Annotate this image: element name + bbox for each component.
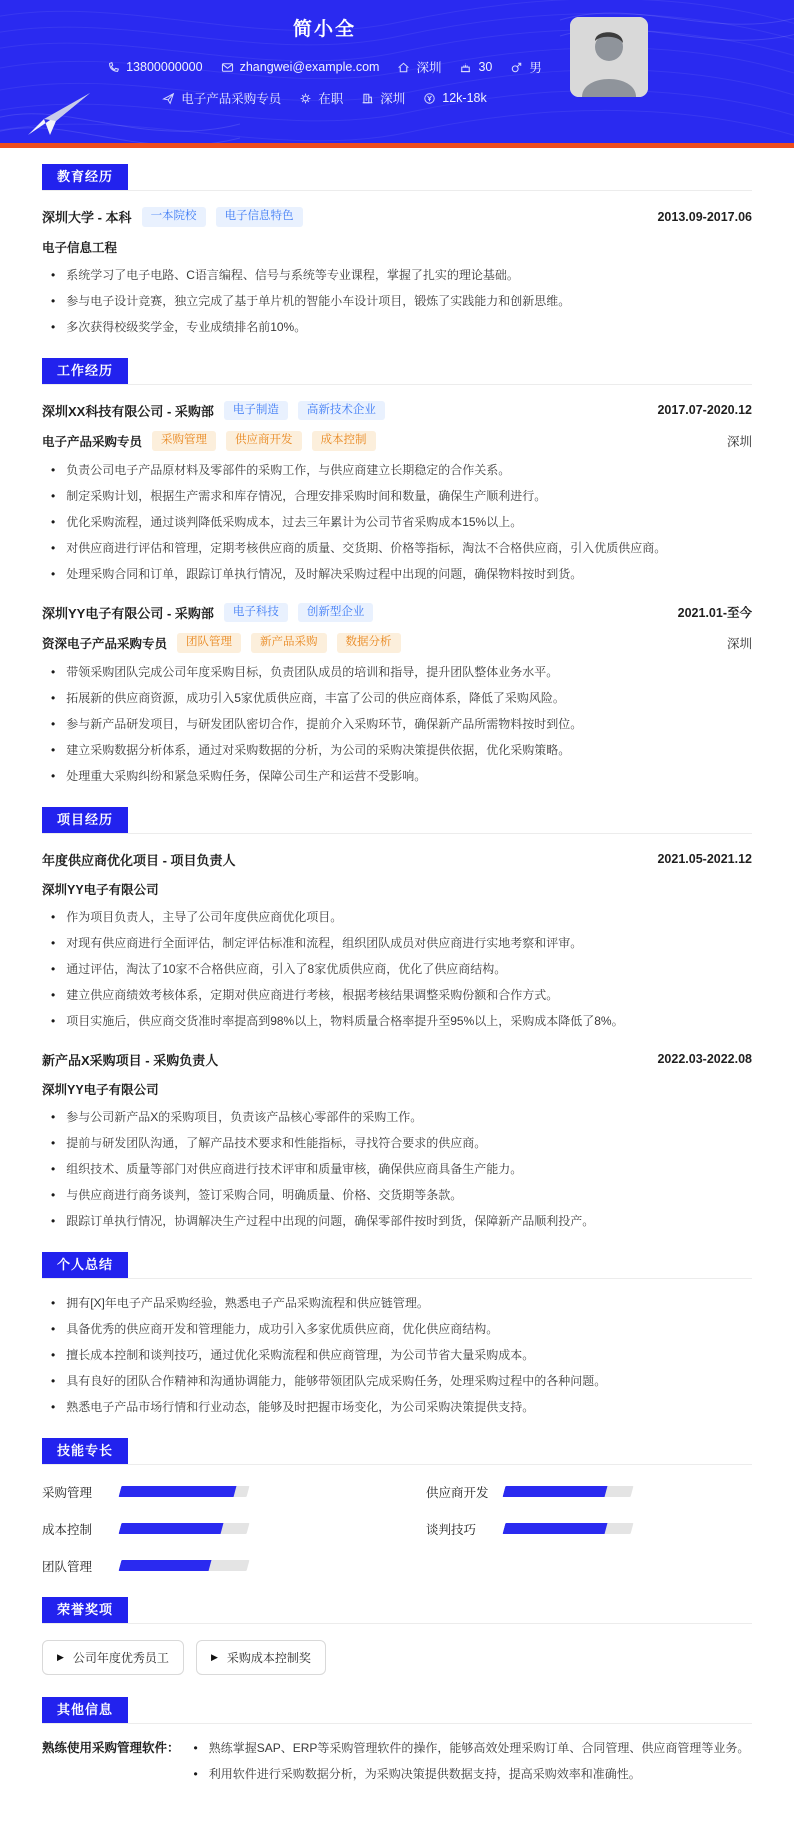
project-header-row: 新产品X采购项目 - 采购负责人 2022.03-2022.08 [42, 1050, 752, 1069]
section-header-projects: 项目经历 [42, 807, 752, 834]
project-name: 年度供应商优化项目 - 项目负责人 [42, 850, 236, 869]
honor-label: 公司年度优秀员工 [73, 1649, 169, 1666]
age-icon [459, 61, 472, 74]
bullet-item: 熟练掌握SAP、ERP等采购管理软件的操作，能够高效处理采购订单、合同管理、供应… [194, 1740, 750, 1757]
section-badge: 工作经历 [42, 358, 128, 384]
company-row: 深圳YY电子有限公司 - 采购部 电子科技 创新型企业 2021.01-至今 [42, 603, 752, 623]
role-row: 资深电子产品采购专员 团队管理 新产品采购 数据分析 深圳 [42, 633, 752, 653]
bullet-item: 项目实施后，供应商交货准时率提高到98%以上，物料质量合格率提升至95%以上，采… [42, 1013, 752, 1030]
job-location: 深圳 [727, 432, 752, 450]
project-date: 2022.03-2022.08 [657, 1052, 752, 1066]
skill-item: 供应商开发 [426, 1483, 752, 1501]
skill-item: 采购管理 [42, 1483, 368, 1501]
bullet-text: 带领采购团队完成公司年度采购目标，负责团队成员的培训和指导，提升团队整体业务水平… [66, 664, 558, 681]
bullet-text: 多次获得校级奖学金，专业成绩排名前10%。 [66, 319, 306, 336]
job-title-item: 电子产品采购专员 [162, 89, 281, 107]
resume-body: 教育经历 深圳大学 - 本科 一本院校 电子信息特色 2013.09-2017.… [0, 148, 794, 1840]
honor-chip: ▶ 公司年度优秀员工 [42, 1640, 184, 1675]
education-date: 2013.09-2017.06 [657, 210, 752, 224]
skill-bar-track [503, 1486, 634, 1497]
role-row: 电子产品采购专员 采购管理 供应商开发 成本控制 深圳 [42, 431, 752, 451]
bullet-item: 利用软件进行采购数据分析，为采购决策提供数据支持，提高采购效率和准确性。 [194, 1766, 750, 1783]
skill-label: 供应商开发 [426, 1483, 490, 1501]
bullet-text: 对供应商进行评估和管理，定期考核供应商的质量、交货期、价格等指标，淘汰不合格供应… [66, 540, 666, 557]
contact-row-2: 电子产品采购专员 在职 深圳 12k-18k [40, 89, 609, 107]
status-icon [299, 92, 312, 105]
salary-item: 12k-18k [423, 91, 486, 105]
bullet-text: 处理采购合同和订单，跟踪订单执行情况，及时解决采购过程中出现的问题，确保物料按时… [66, 566, 582, 583]
role-name: 资深电子产品采购专员 [42, 634, 167, 652]
company-name: 深圳YY电子有限公司 - 采购部 [42, 603, 214, 622]
city-value: 深圳 [380, 89, 405, 107]
bullet-item: 提前与研发团队沟通，了解产品技术要求和性能指标，寻找符合要求的供应商。 [42, 1135, 752, 1152]
phone-value: 13800000000 [126, 60, 202, 74]
bullet-text: 负责公司电子产品原材料及零部件的采购工作，与供应商建立长期稳定的合作关系。 [66, 462, 510, 479]
bullet-text: 建立采购数据分析体系，通过对采购数据的分析，为公司的采购决策提供依据，优化采购策… [66, 742, 570, 759]
salary-icon [423, 92, 436, 105]
skill-item: 谈判技巧 [426, 1520, 752, 1538]
phone-item: 13800000000 [107, 60, 202, 74]
phone-icon [107, 61, 120, 74]
bullet-text: 跟踪订单执行情况，协调解决生产过程中出现的问题，确保零部件按时到货，保障新产品顺… [66, 1213, 594, 1230]
bullet-item: 熟悉电子产品市场行情和行业动态，能够及时把握市场变化，为公司采购决策提供支持。 [42, 1399, 752, 1416]
bullet-item: 建立采购数据分析体系，通过对采购数据的分析，为公司的采购决策提供依据，优化采购策… [42, 742, 752, 759]
section-summary: 个人总结 拥有[X]年电子产品采购经验，熟悉电子产品采购流程和供应链管理。 具备… [42, 1252, 752, 1416]
section-badge: 教育经历 [42, 164, 128, 190]
section-title: 荣誉奖项 [57, 1602, 113, 1617]
skill-bar-fill [119, 1560, 212, 1571]
bullet-text: 利用软件进行采购数据分析，为采购决策提供数据支持，提高采购效率和准确性。 [209, 1766, 641, 1783]
company-tag: 高新技术企业 [298, 401, 385, 421]
role-tag: 成本控制 [312, 431, 376, 451]
job-date: 2017.07-2020.12 [657, 403, 752, 417]
bullet-item: 拓展新的供应商资源，成功引入5家优质供应商，丰富了公司的供应商体系，降低了采购风… [42, 690, 752, 707]
bullet-item: 处理重大采购纠纷和紧急采购任务，保障公司生产和运营不受影响。 [42, 768, 752, 785]
role-tag: 数据分析 [337, 633, 401, 653]
section-education: 教育经历 深圳大学 - 本科 一本院校 电子信息特色 2013.09-2017.… [42, 164, 752, 336]
job-date: 2021.01-至今 [678, 603, 752, 621]
other-bullets: 熟练掌握SAP、ERP等采购管理软件的操作，能够高效处理采购订单、合同管理、供应… [194, 1740, 750, 1792]
bullet-item: 多次获得校级奖学金，专业成绩排名前10%。 [42, 319, 752, 336]
job-bullets: 带领采购团队完成公司年度采购目标，负责团队成员的培训和指导，提升团队整体业务水平… [42, 664, 752, 785]
resume-page: 简小全 13800000000 zhangwei@example.com 深圳 … [0, 0, 794, 1840]
section-badge: 荣誉奖项 [42, 1597, 128, 1623]
school-name: 深圳大学 - 本科 [42, 207, 132, 226]
gender-icon [510, 61, 523, 74]
major-row: 电子信息工程 [42, 238, 752, 256]
city-item: 深圳 [361, 89, 405, 107]
skill-bar-track [503, 1523, 634, 1534]
section-honors: 荣誉奖项 ▶ 公司年度优秀员工 ▶ 采购成本控制奖 [42, 1597, 752, 1675]
bullet-item: 处理采购合同和订单，跟踪订单执行情况，及时解决采购过程中出现的问题，确保物料按时… [42, 566, 752, 583]
section-header-skills: 技能专长 [42, 1438, 752, 1465]
bullet-item: 与供应商进行商务谈判，签订采购合同，明确质量、价格、交货期等条款。 [42, 1187, 752, 1204]
job-bullets: 负责公司电子产品原材料及零部件的采购工作，与供应商建立长期稳定的合作关系。 制定… [42, 462, 752, 583]
section-other: 其他信息 熟练使用采购管理软件： 熟练掌握SAP、ERP等采购管理软件的操作，能… [42, 1697, 752, 1792]
role-tag: 供应商开发 [226, 431, 302, 451]
gender-value: 男 [529, 58, 542, 76]
status-item: 在职 [299, 89, 343, 107]
bullet-text: 提前与研发团队沟通，了解产品技术要求和性能指标，寻找符合要求的供应商。 [66, 1135, 486, 1152]
bullet-item: 参与新产品研发项目，与研发团队密切合作，提前介入采购环节，确保新产品所需物料按时… [42, 716, 752, 733]
email-value: zhangwei@example.com [240, 60, 380, 74]
section-title: 其他信息 [57, 1702, 113, 1717]
bullet-text: 熟悉电子产品市场行情和行业动态，能够及时把握市场变化，为公司采购决策提供支持。 [66, 1399, 534, 1416]
honor-label: 采购成本控制奖 [227, 1649, 311, 1666]
skill-item: 团队管理 [42, 1557, 368, 1575]
bullet-text: 制定采购计划，根据生产需求和库存情况，合理安排采购时间和数量，确保生产顺利进行。 [66, 488, 546, 505]
section-header-summary: 个人总结 [42, 1252, 752, 1279]
bullet-item: 制定采购计划，根据生产需求和库存情况，合理安排采购时间和数量，确保生产顺利进行。 [42, 488, 752, 505]
section-title: 教育经历 [57, 169, 113, 184]
gender-item: 男 [510, 58, 542, 76]
role-tag: 团队管理 [177, 633, 241, 653]
bullet-text: 项目实施后，供应商交货准时率提高到98%以上，物料质量合格率提升至95%以上，采… [66, 1013, 623, 1030]
bullet-text: 具备优秀的供应商开发和管理能力，成功引入多家优质供应商，优化供应商结构。 [66, 1321, 498, 1338]
avatar [570, 17, 648, 97]
project-bullets: 作为项目负责人，主导了公司年度供应商优化项目。 对现有供应商进行全面评估，制定评… [42, 909, 752, 1030]
skills-grid: 采购管理 供应商开发 成本控制 谈判技巧 团队管理 [42, 1481, 752, 1575]
project-header-row: 年度供应商优化项目 - 项目负责人 2021.05-2021.12 [42, 850, 752, 869]
age-value: 30 [478, 60, 492, 74]
section-badge: 其他信息 [42, 1697, 128, 1723]
bullet-item: 优化采购流程，通过谈判降低采购成本，过去三年累计为公司节省采购成本15%以上。 [42, 514, 752, 531]
job-entry-1: 深圳XX科技有限公司 - 采购部 电子制造 高新技术企业 2017.07-202… [42, 401, 752, 583]
project-name: 新产品X采购项目 - 采购负责人 [42, 1050, 218, 1069]
home-icon [397, 61, 410, 74]
bullet-text: 系统学习了电子电路、C语言编程、信号与系统等专业课程，掌握了扎实的理论基础。 [66, 267, 519, 284]
section-header-honors: 荣誉奖项 [42, 1597, 752, 1624]
section-title: 项目经历 [57, 812, 113, 827]
skill-bar-track [119, 1560, 250, 1571]
school-tag: 一本院校 [142, 207, 206, 227]
company-name: 深圳XX科技有限公司 - 采购部 [42, 401, 214, 420]
bullet-text: 组织技术、质量等部门对供应商进行技术评审和质量审核，确保供应商具备生产能力。 [66, 1161, 522, 1178]
project-bullets: 参与公司新产品X的采购项目，负责该产品核心零部件的采购工作。 提前与研发团队沟通… [42, 1109, 752, 1230]
education-bullets: 系统学习了电子电路、C语言编程、信号与系统等专业课程，掌握了扎实的理论基础。 参… [42, 267, 752, 336]
bullet-text: 拓展新的供应商资源，成功引入5家优质供应商，丰富了公司的供应商体系，降低了采购风… [66, 690, 565, 707]
bullet-text: 参与电子设计竞赛，独立完成了基于单片机的智能小车设计项目，锻炼了实践能力和创新思… [66, 293, 570, 310]
location-item: 深圳 [397, 58, 441, 76]
skill-label: 采购管理 [42, 1483, 106, 1501]
status-value: 在职 [318, 89, 343, 107]
bullet-item: 带领采购团队完成公司年度采购目标，负责团队成员的培训和指导，提升团队整体业务水平… [42, 664, 752, 681]
section-header-education: 教育经历 [42, 164, 752, 191]
role-tag: 采购管理 [152, 431, 216, 451]
age-item: 30 [459, 60, 492, 74]
section-title: 技能专长 [57, 1443, 113, 1458]
job-entry-2: 深圳YY电子有限公司 - 采购部 电子科技 创新型企业 2021.01-至今 资… [42, 603, 752, 785]
skill-bar-fill [503, 1523, 608, 1534]
bullet-item: 负责公司电子产品原材料及零部件的采购工作，与供应商建立长期稳定的合作关系。 [42, 462, 752, 479]
skill-bar-fill [119, 1523, 224, 1534]
section-badge: 技能专长 [42, 1438, 128, 1464]
skill-item: 成本控制 [42, 1520, 368, 1538]
candidate-name: 简小全 [40, 14, 609, 41]
building-icon [361, 92, 374, 105]
project-company: 深圳YY电子有限公司 [42, 1080, 752, 1098]
skill-bar-track [119, 1486, 250, 1497]
send-icon [162, 92, 175, 105]
company-tag: 电子制造 [224, 401, 288, 421]
bullet-text: 参与公司新产品X的采购项目，负责该产品核心零部件的采购工作。 [66, 1109, 422, 1126]
skill-bar-track [119, 1523, 250, 1534]
section-work: 工作经历 深圳XX科技有限公司 - 采购部 电子制造 高新技术企业 2017.0… [42, 358, 752, 785]
bullet-item: 系统学习了电子电路、C语言编程、信号与系统等专业课程，掌握了扎实的理论基础。 [42, 267, 752, 284]
education-header-row: 深圳大学 - 本科 一本院校 电子信息特色 2013.09-2017.06 [42, 207, 752, 227]
section-title: 工作经历 [57, 363, 113, 378]
summary-bullets: 拥有[X]年电子产品采购经验，熟悉电子产品采购流程和供应链管理。 具备优秀的供应… [42, 1295, 752, 1416]
role-tag: 新产品采购 [251, 633, 327, 653]
skill-label: 团队管理 [42, 1557, 106, 1575]
project-company: 深圳YY电子有限公司 [42, 880, 752, 898]
bullet-text: 拥有[X]年电子产品采购经验，熟悉电子产品采购流程和供应链管理。 [66, 1295, 429, 1312]
bullet-text: 作为项目负责人，主导了公司年度供应商优化项目。 [66, 909, 342, 926]
section-title: 个人总结 [57, 1257, 113, 1272]
other-label: 熟练使用采购管理软件： [42, 1740, 180, 1757]
bullet-text: 对现有供应商进行全面评估，制定评估标准和流程，组织团队成员对供应商进行实地考察和… [66, 935, 582, 952]
skill-bar-fill [503, 1486, 608, 1497]
bullet-item: 具有良好的团队合作精神和沟通协调能力，能够带领团队完成采购任务，处理采购过程中的… [42, 1373, 752, 1390]
bullet-item: 参与电子设计竞赛，独立完成了基于单片机的智能小车设计项目，锻炼了实践能力和创新思… [42, 293, 752, 310]
play-triangle-icon: ▶ [57, 1653, 64, 1662]
project-entry-1: 年度供应商优化项目 - 项目负责人 2021.05-2021.12 深圳YY电子… [42, 850, 752, 1030]
contact-row-1: 13800000000 zhangwei@example.com 深圳 30 男 [40, 58, 609, 76]
bullet-item: 建立供应商绩效考核体系，定期对供应商进行考核，根据考核结果调整采购份额和合作方式… [42, 987, 752, 1004]
salary-value: 12k-18k [442, 91, 486, 105]
bullet-text: 与供应商进行商务谈判，签订采购合同，明确质量、价格、交货期等条款。 [66, 1187, 462, 1204]
bullet-text: 处理重大采购纠纷和紧急采购任务，保障公司生产和运营不受影响。 [66, 768, 426, 785]
bullet-item: 参与公司新产品X的采购项目，负责该产品核心零部件的采购工作。 [42, 1109, 752, 1126]
section-badge: 项目经历 [42, 807, 128, 833]
bullet-item: 对供应商进行评估和管理，定期考核供应商的质量、交货期、价格等指标，淘汰不合格供应… [42, 540, 752, 557]
bullet-item: 对现有供应商进行全面评估，制定评估标准和流程，组织团队成员对供应商进行实地考察和… [42, 935, 752, 952]
section-header-work: 工作经历 [42, 358, 752, 385]
section-header-other: 其他信息 [42, 1697, 752, 1724]
section-projects: 项目经历 年度供应商优化项目 - 项目负责人 2021.05-2021.12 深… [42, 807, 752, 1230]
resume-header: 简小全 13800000000 zhangwei@example.com 深圳 … [0, 0, 794, 143]
role-name: 电子产品采购专员 [42, 432, 142, 450]
section-badge: 个人总结 [42, 1252, 128, 1278]
bullet-item: 拥有[X]年电子产品采购经验，熟悉电子产品采购流程和供应链管理。 [42, 1295, 752, 1312]
bullet-text: 熟练掌握SAP、ERP等采购管理软件的操作，能够高效处理采购订单、合同管理、供应… [209, 1740, 750, 1757]
email-icon [221, 61, 234, 74]
bullet-text: 具有良好的团队合作精神和沟通协调能力，能够带领团队完成采购任务，处理采购过程中的… [66, 1373, 606, 1390]
project-entry-2: 新产品X采购项目 - 采购负责人 2022.03-2022.08 深圳YY电子有… [42, 1050, 752, 1230]
skill-label: 谈判技巧 [426, 1520, 490, 1538]
major-name: 电子信息工程 [42, 238, 117, 256]
bullet-item: 组织技术、质量等部门对供应商进行技术评审和质量审核，确保供应商具备生产能力。 [42, 1161, 752, 1178]
skill-label: 成本控制 [42, 1520, 106, 1538]
job-title-value: 电子产品采购专员 [181, 89, 281, 107]
company-tag: 电子科技 [224, 603, 288, 623]
job-location: 深圳 [727, 634, 752, 652]
company-row: 深圳XX科技有限公司 - 采购部 电子制造 高新技术企业 2017.07-202… [42, 401, 752, 421]
bullet-item: 具备优秀的供应商开发和管理能力，成功引入多家优质供应商，优化供应商结构。 [42, 1321, 752, 1338]
other-info-row: 熟练使用采购管理软件： 熟练掌握SAP、ERP等采购管理软件的操作，能够高效处理… [42, 1740, 752, 1792]
bullet-item: 跟踪订单执行情况，协调解决生产过程中出现的问题，确保零部件按时到货，保障新产品顺… [42, 1213, 752, 1230]
section-skills: 技能专长 采购管理 供应商开发 成本控制 谈判技巧 [42, 1438, 752, 1575]
bullet-text: 参与新产品研发项目，与研发团队密切合作，提前介入采购环节，确保新产品所需物料按时… [66, 716, 582, 733]
honor-chip: ▶ 采购成本控制奖 [196, 1640, 326, 1675]
skill-bar-fill [119, 1486, 237, 1497]
bullet-item: 通过评估，淘汰了10家不合格供应商，引入了8家优质供应商，优化了供应商结构。 [42, 961, 752, 978]
bullet-text: 擅长成本控制和谈判技巧，通过优化采购流程和供应商管理，为公司节省大量采购成本。 [66, 1347, 534, 1364]
play-triangle-icon: ▶ [211, 1653, 218, 1662]
project-date: 2021.05-2021.12 [657, 852, 752, 866]
company-tag: 创新型企业 [298, 603, 374, 623]
bullet-item: 擅长成本控制和谈判技巧，通过优化采购流程和供应商管理，为公司节省大量采购成本。 [42, 1347, 752, 1364]
bullet-text: 优化采购流程，通过谈判降低采购成本，过去三年累计为公司节省采购成本15%以上。 [66, 514, 522, 531]
email-item: zhangwei@example.com [221, 60, 380, 74]
bullet-text: 通过评估，淘汰了10家不合格供应商，引入了8家优质供应商，优化了供应商结构。 [66, 961, 506, 978]
honors-list: ▶ 公司年度优秀员工 ▶ 采购成本控制奖 [42, 1640, 752, 1675]
bullet-text: 建立供应商绩效考核体系，定期对供应商进行考核，根据考核结果调整采购份额和合作方式… [66, 987, 558, 1004]
bullet-item: 作为项目负责人，主导了公司年度供应商优化项目。 [42, 909, 752, 926]
school-tag: 电子信息特色 [216, 207, 303, 227]
location-value: 深圳 [416, 58, 441, 76]
